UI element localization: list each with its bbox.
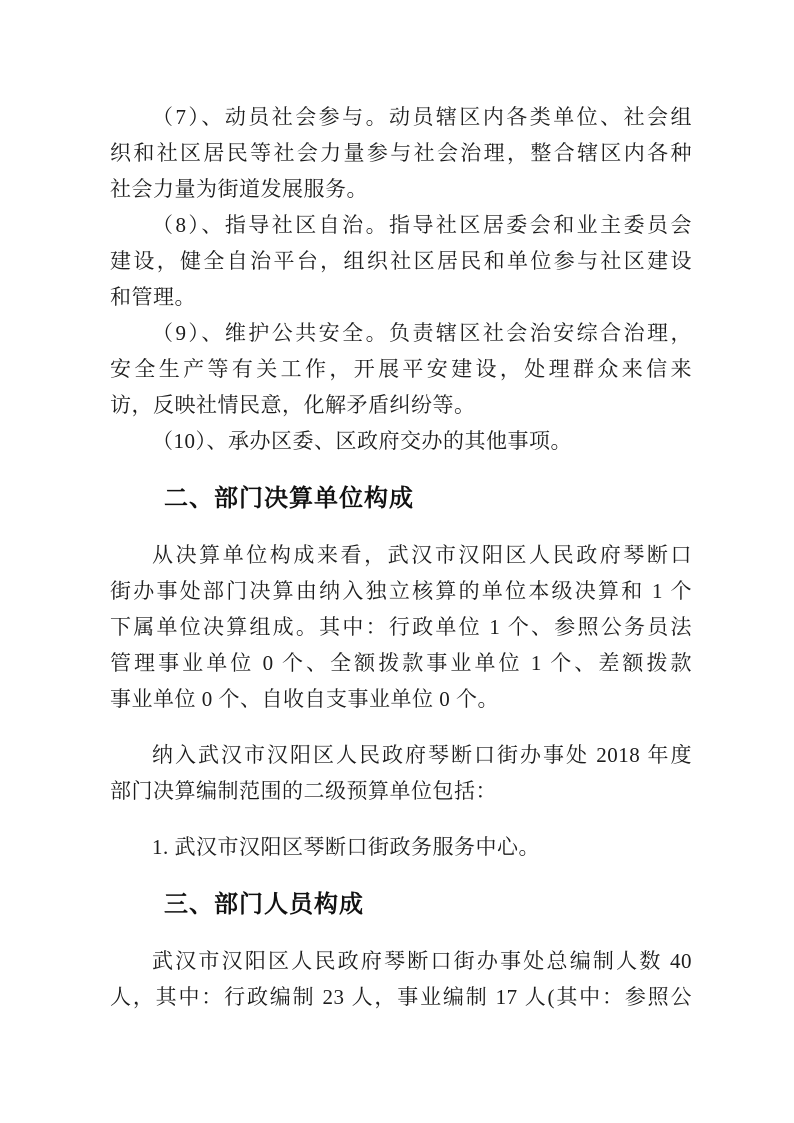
text-line: 武汉市汉阳区人民政府琴断口街办事处总编制人数 40 — [110, 943, 692, 979]
text-line: 下属单位决算组成。其中：行政单位 1 个、参照公务员法 — [110, 609, 692, 645]
paragraph: 武汉市汉阳区人民政府琴断口街办事处总编制人数 40人，其中：行政编制 23 人，… — [110, 943, 692, 1015]
text-line: 管理事业单位 0 个、全额拨款事业单位 1 个、差额拨款 — [110, 645, 692, 681]
text-line: （10）、承办区委、区政府交办的其他事项。 — [110, 423, 692, 459]
paragraph: （10）、承办区委、区政府交办的其他事项。 — [110, 423, 692, 459]
text-line: 纳入武汉市汉阳区人民政府琴断口街办事处 2018 年度 — [110, 737, 692, 773]
text-line: 从决算单位构成来看，武汉市汉阳区人民政府琴断口 — [110, 537, 692, 573]
paragraph: 1. 武汉市汉阳区琴断口街政务服务中心。 — [110, 829, 692, 865]
text-line: （8）、指导社区自治。指导社区居委会和业主委员会 — [110, 207, 692, 243]
text-line: 安全生产等有关工作，开展平安建设，处理群众来信来 — [110, 351, 692, 387]
text-line: 街办事处部门决算由纳入独立核算的单位本级决算和 1 个 — [110, 573, 692, 609]
text-line: 部门决算编制范围的二级预算单位包括： — [110, 773, 692, 809]
paragraph: 从决算单位构成来看，武汉市汉阳区人民政府琴断口街办事处部门决算由纳入独立核算的单… — [110, 537, 692, 717]
text-line: 事业单位 0 个、自收自支事业单位 0 个。 — [110, 681, 692, 717]
text-line: 织和社区居民等社会力量参与社会治理，整合辖区内各种 — [110, 135, 692, 171]
text-line: 和管理。 — [110, 279, 692, 315]
text-line: （7）、动员社会参与。动员辖区内各类单位、社会组 — [110, 99, 692, 135]
section-heading: 三、部门人员构成 — [110, 887, 692, 923]
paragraph: （9）、维护公共安全。负责辖区社会治安综合治理，安全生产等有关工作，开展平安建设… — [110, 315, 692, 423]
text-line: 人，其中：行政编制 23 人，事业编制 17 人(其中：参照公 — [110, 979, 692, 1015]
text-line: 社会力量为街道发展服务。 — [110, 171, 692, 207]
paragraph: （8）、指导社区自治。指导社区居委会和业主委员会建设，健全自治平台，组织社区居民… — [110, 207, 692, 315]
text-line: 建设，健全自治平台，组织社区居民和单位参与社区建设 — [110, 243, 692, 279]
text-line: 访，反映社情民意，化解矛盾纠纷等。 — [110, 387, 692, 423]
paragraph: （7）、动员社会参与。动员辖区内各类单位、社会组织和社区居民等社会力量参与社会治… — [110, 99, 692, 207]
document-body: （7）、动员社会参与。动员辖区内各类单位、社会组织和社区居民等社会力量参与社会治… — [110, 99, 692, 1015]
text-line: 1. 武汉市汉阳区琴断口街政务服务中心。 — [110, 829, 692, 865]
text-line: （9）、维护公共安全。负责辖区社会治安综合治理， — [110, 315, 692, 351]
section-heading: 二、部门决算单位构成 — [110, 481, 692, 517]
paragraph: 纳入武汉市汉阳区人民政府琴断口街办事处 2018 年度部门决算编制范围的二级预算… — [110, 737, 692, 809]
document-page: （7）、动员社会参与。动员辖区内各类单位、社会组织和社区居民等社会力量参与社会治… — [0, 0, 794, 1123]
